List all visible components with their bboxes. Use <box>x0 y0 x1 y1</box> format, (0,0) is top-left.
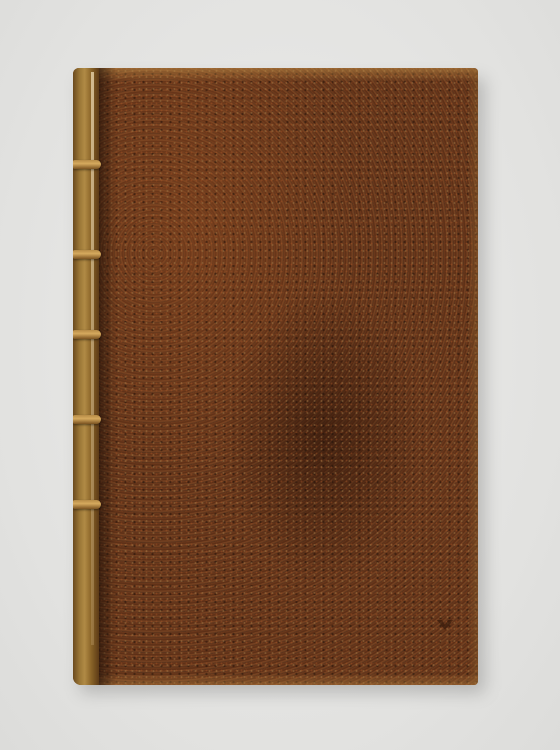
book-cover <box>73 68 478 685</box>
spine-ridge <box>73 250 101 259</box>
book-spine <box>73 68 99 685</box>
spine-highlight <box>91 72 94 645</box>
spine-ridge <box>73 415 101 424</box>
spine-ridge <box>73 330 101 339</box>
top-edge-wear <box>73 68 478 82</box>
right-edge-wear <box>468 68 478 685</box>
spine-ridge <box>73 160 101 169</box>
embossed-mark-icon <box>435 616 455 632</box>
spine-ridge <box>73 500 101 509</box>
leather-texture <box>73 68 478 685</box>
spine-hinge <box>99 68 115 685</box>
bottom-edge-wear <box>73 673 478 685</box>
